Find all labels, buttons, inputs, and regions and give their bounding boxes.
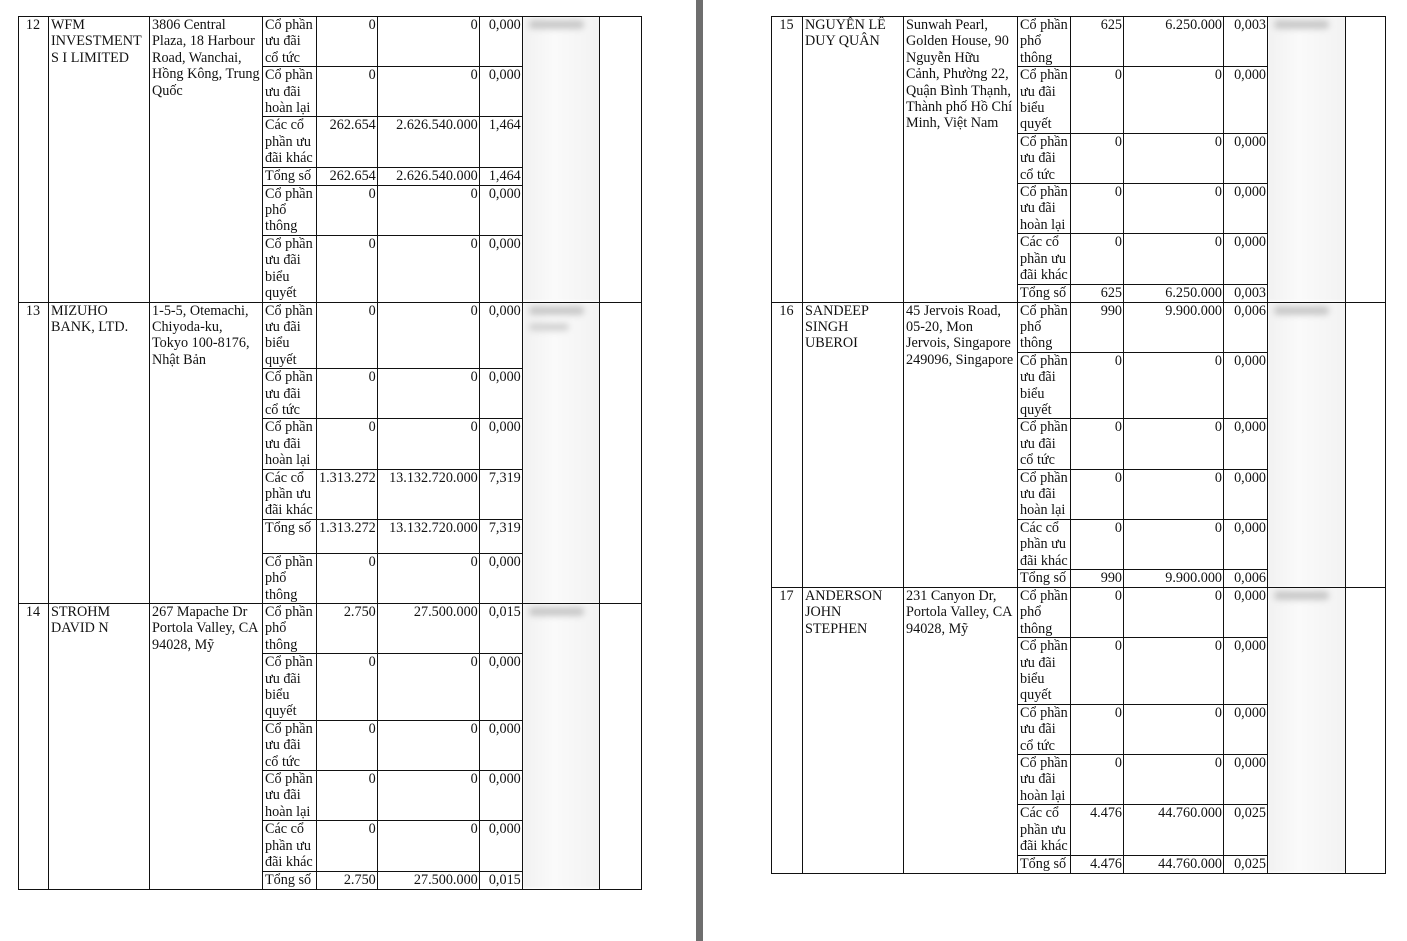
shareholder-name: WFM INVESTMENT S I LIMITED	[49, 17, 150, 303]
redaction-blur-line	[1274, 591, 1329, 600]
share-percentage: 0,000	[479, 17, 522, 67]
share-percentage: 0,006	[1224, 302, 1268, 352]
share-type: Cổ phần ưu đãi hoàn lại	[263, 67, 317, 117]
share-type: Các cổ phần ưu đãi khác	[263, 117, 317, 167]
shareholder-address: 3806 Central Plaza, 18 Harbour Road, Wan…	[150, 17, 263, 303]
share-percentage: 0,000	[479, 771, 522, 821]
table-row: 13MIZUHO BANK, LTD.1-5-5, Otemachi, Chiy…	[19, 302, 642, 369]
redaction-blur-line	[1274, 20, 1329, 29]
share-quantity: 262.654	[317, 117, 378, 167]
share-type: Cổ phần ưu đãi cổ tức	[263, 17, 317, 67]
share-type: Các cổ phần ưu đãi khác	[263, 469, 317, 519]
share-quantity: 0	[1071, 67, 1124, 134]
share-percentage: 0,000	[1224, 67, 1268, 134]
share-value: 0	[377, 185, 479, 235]
table-row: 16SANDEEP SINGH UBEROI45 Jervois Road, 0…	[772, 302, 1386, 352]
share-value: 9.900.000	[1124, 302, 1224, 352]
share-type: Cổ phần phổ thông	[1018, 302, 1071, 352]
share-type: Cổ phần phổ thông	[263, 604, 317, 654]
share-percentage: 0,000	[1224, 352, 1268, 419]
shareholder-name: MIZUHO BANK, LTD.	[49, 302, 150, 604]
share-percentage: 1,464	[479, 117, 522, 167]
shareholder-name: NGUYỄN LÊ DUY QUÂN	[803, 17, 904, 303]
share-value: 27.500.000	[377, 604, 479, 654]
share-quantity: 0	[1071, 755, 1124, 805]
share-type: Cổ phần ưu đãi hoàn lại	[1018, 755, 1071, 805]
share-value: 0	[1124, 704, 1224, 754]
share-percentage: 0,025	[1224, 805, 1268, 855]
shareholder-table: 12WFM INVESTMENT S I LIMITED3806 Central…	[18, 16, 642, 890]
share-type: Cổ phần phổ thông	[1018, 17, 1071, 67]
shareholder-table: 15NGUYỄN LÊ DUY QUÂNSunwah Pearl, Golden…	[771, 16, 1386, 874]
share-value: 0	[377, 67, 479, 117]
share-quantity: 2.750	[317, 604, 378, 654]
share-quantity: 0	[317, 419, 378, 469]
redaction-blur	[1268, 588, 1346, 872]
share-value: 9.900.000	[1124, 570, 1224, 588]
share-type: Cổ phần ưu đãi cổ tức	[1018, 419, 1071, 469]
share-type: Tổng số	[263, 519, 317, 553]
share-percentage: 0,003	[1224, 284, 1268, 302]
share-percentage: 0,015	[479, 871, 522, 889]
share-quantity: 0	[1071, 352, 1124, 419]
shareholder-address: 267 Mapache Dr Portola Valley, CA 94028,…	[150, 604, 263, 890]
share-type: Cổ phần ưu đãi biểu quyết	[1018, 352, 1071, 419]
share-value: 2.626.540.000	[377, 167, 479, 185]
share-value: 0	[1124, 419, 1224, 469]
share-quantity: 0	[317, 235, 378, 302]
share-quantity: 4.476	[1071, 855, 1124, 873]
share-type: Tổng số	[1018, 570, 1071, 588]
document-page-left: 12WFM INVESTMENT S I LIMITED3806 Central…	[18, 16, 642, 890]
share-percentage: 0,000	[479, 654, 522, 721]
table-row: 17ANDERSON JOHN STEPHEN231 Canyon Dr, Po…	[772, 588, 1386, 638]
share-percentage: 0,000	[1224, 419, 1268, 469]
share-type: Tổng số	[1018, 855, 1071, 873]
share-percentage: 0,000	[1224, 638, 1268, 705]
redaction-blur	[523, 17, 600, 301]
share-percentage: 0,000	[479, 720, 522, 770]
share-value: 0	[1124, 133, 1224, 183]
share-type: Cổ phần ưu đãi cổ tức	[1018, 133, 1071, 183]
share-value: 0	[1124, 352, 1224, 419]
share-type: Các cổ phần ưu đãi khác	[1018, 805, 1071, 855]
share-percentage: 0,000	[479, 419, 522, 469]
shareholder-number: 16	[772, 302, 803, 588]
share-type: Cổ phần ưu đãi biểu quyết	[263, 235, 317, 302]
share-quantity: 0	[317, 654, 378, 721]
share-type: Cổ phần ưu đãi biểu quyết	[263, 654, 317, 721]
share-percentage: 0,000	[1224, 133, 1268, 183]
share-type: Cổ phần ưu đãi cổ tức	[1018, 704, 1071, 754]
share-quantity: 0	[317, 553, 378, 603]
share-percentage: 0,000	[1224, 519, 1268, 569]
share-quantity: 2.750	[317, 871, 378, 889]
page-divider	[696, 0, 703, 941]
share-percentage: 0,015	[479, 604, 522, 654]
share-type: Tổng số	[1018, 284, 1071, 302]
empty-cell	[1346, 588, 1386, 874]
redacted-cell	[1268, 17, 1346, 303]
share-value: 0	[1124, 469, 1224, 519]
shareholder-address: 45 Jervois Road, 05-20, Mon Jervois, Sin…	[904, 302, 1018, 588]
share-percentage: 0,006	[1224, 570, 1268, 588]
share-value: 0	[1124, 67, 1224, 134]
share-percentage: 0,000	[1224, 755, 1268, 805]
share-percentage: 0,000	[479, 235, 522, 302]
share-percentage: 0,000	[1224, 704, 1268, 754]
redacted-cell	[1268, 302, 1346, 588]
share-value: 0	[1124, 234, 1224, 284]
share-quantity: 0	[1071, 588, 1124, 638]
share-value: 0	[377, 771, 479, 821]
share-quantity: 0	[317, 302, 378, 369]
share-value: 0	[1124, 755, 1224, 805]
share-type: Tổng số	[263, 871, 317, 889]
shareholder-name: SANDEEP SINGH UBEROI	[803, 302, 904, 588]
share-value: 0	[377, 821, 479, 871]
empty-cell	[1346, 302, 1386, 588]
shareholder-number: 13	[19, 302, 49, 604]
shareholder-name: STROHM DAVID N	[49, 604, 150, 890]
share-value: 0	[377, 302, 479, 369]
shareholder-address: 231 Canyon Dr, Portola Valley, CA 94028,…	[904, 588, 1018, 874]
share-type: Cổ phần phổ thông	[263, 553, 317, 603]
share-type: Cổ phần ưu đãi cổ tức	[263, 369, 317, 419]
share-percentage: 0,000	[479, 553, 522, 603]
shareholder-name: ANDERSON JOHN STEPHEN	[803, 588, 904, 874]
share-quantity: 0	[1071, 234, 1124, 284]
redacted-cell	[522, 604, 599, 890]
share-type: Cổ phần phổ thông	[263, 185, 317, 235]
share-type: Cổ phần ưu đãi cổ tức	[263, 720, 317, 770]
table-row: 14STROHM DAVID N267 Mapache Dr Portola V…	[19, 604, 642, 654]
share-quantity: 0	[1071, 469, 1124, 519]
share-percentage: 0,025	[1224, 855, 1268, 873]
share-percentage: 0,000	[1224, 588, 1268, 638]
shareholder-number: 14	[19, 604, 49, 890]
redaction-blur	[523, 303, 600, 603]
redaction-blur	[1268, 303, 1346, 587]
share-value: 27.500.000	[377, 871, 479, 889]
share-quantity: 1.313.272	[317, 469, 378, 519]
share-quantity: 1.313.272	[317, 519, 378, 553]
share-quantity: 0	[317, 720, 378, 770]
empty-cell	[1346, 17, 1386, 303]
share-quantity: 4.476	[1071, 805, 1124, 855]
share-quantity: 990	[1071, 302, 1124, 352]
share-quantity: 0	[317, 369, 378, 419]
share-quantity: 0	[1071, 184, 1124, 234]
shareholder-number: 15	[772, 17, 803, 303]
share-value: 0	[377, 553, 479, 603]
share-value: 0	[377, 235, 479, 302]
shareholder-address: 1-5-5, Otemachi, Chiyoda-ku, Tokyo 100-8…	[150, 302, 263, 604]
share-type: Cổ phần ưu đãi hoàn lại	[263, 419, 317, 469]
redaction-blur-line	[529, 20, 584, 29]
share-percentage: 0,003	[1224, 17, 1268, 67]
redacted-cell	[522, 302, 599, 604]
share-percentage: 0,000	[479, 302, 522, 369]
share-quantity: 0	[317, 821, 378, 871]
share-value: 0	[1124, 588, 1224, 638]
share-quantity: 0	[1071, 133, 1124, 183]
share-percentage: 7,319	[479, 519, 522, 553]
document-page-right: 15NGUYỄN LÊ DUY QUÂNSunwah Pearl, Golden…	[771, 16, 1386, 874]
share-value: 6.250.000	[1124, 284, 1224, 302]
share-percentage: 0,000	[479, 369, 522, 419]
redaction-blur-line	[529, 607, 584, 616]
share-value: 44.760.000	[1124, 805, 1224, 855]
share-type: Cổ phần ưu đãi biểu quyết	[1018, 67, 1071, 134]
share-value: 13.132.720.000	[377, 469, 479, 519]
share-percentage: 0,000	[1224, 234, 1268, 284]
share-quantity: 990	[1071, 570, 1124, 588]
share-quantity: 0	[317, 185, 378, 235]
share-quantity: 0	[1071, 638, 1124, 705]
share-value: 0	[377, 17, 479, 67]
share-value: 0	[1124, 638, 1224, 705]
share-type: Cổ phần ưu đãi hoàn lại	[263, 771, 317, 821]
empty-cell	[599, 17, 641, 303]
share-quantity: 0	[1071, 704, 1124, 754]
table-row: 15NGUYỄN LÊ DUY QUÂNSunwah Pearl, Golden…	[772, 17, 1386, 67]
share-quantity: 0	[1071, 519, 1124, 569]
share-quantity: 262.654	[317, 167, 378, 185]
share-type: Tổng số	[263, 167, 317, 185]
redaction-blur-line	[1274, 306, 1329, 315]
share-type: Cổ phần ưu đãi hoàn lại	[1018, 469, 1071, 519]
share-percentage: 0,000	[479, 821, 522, 871]
share-value: 0	[377, 654, 479, 721]
share-quantity: 0	[317, 17, 378, 67]
share-type: Các cổ phần ưu đãi khác	[263, 821, 317, 871]
share-value: 13.132.720.000	[377, 519, 479, 553]
empty-cell	[599, 302, 641, 604]
share-quantity: 625	[1071, 17, 1124, 67]
shareholder-address: Sunwah Pearl, Golden House, 90 Nguyễn Hữ…	[904, 17, 1018, 303]
redaction-blur	[523, 604, 600, 888]
share-type: Cổ phần phổ thông	[1018, 588, 1071, 638]
share-percentage: 7,319	[479, 469, 522, 519]
share-value: 6.250.000	[1124, 17, 1224, 67]
share-value: 0	[1124, 184, 1224, 234]
share-percentage: 0,000	[479, 67, 522, 117]
share-percentage: 0,000	[1224, 184, 1268, 234]
redaction-blur-line	[529, 306, 584, 315]
redaction-blur-line	[529, 323, 569, 331]
share-percentage: 0,000	[479, 185, 522, 235]
table-row: 12WFM INVESTMENT S I LIMITED3806 Central…	[19, 17, 642, 67]
share-type: Cổ phần ưu đãi hoàn lại	[1018, 184, 1071, 234]
share-quantity: 625	[1071, 284, 1124, 302]
redaction-blur	[1268, 17, 1346, 301]
redacted-cell	[1268, 588, 1346, 874]
share-value: 0	[377, 369, 479, 419]
share-percentage: 1,464	[479, 167, 522, 185]
share-type: Cổ phần ưu đãi biểu quyết	[1018, 638, 1071, 705]
share-value: 0	[1124, 519, 1224, 569]
shareholder-number: 12	[19, 17, 49, 303]
redacted-cell	[522, 17, 599, 303]
share-quantity: 0	[1071, 419, 1124, 469]
share-type: Các cổ phần ưu đãi khác	[1018, 519, 1071, 569]
share-type: Cổ phần ưu đãi biểu quyết	[263, 302, 317, 369]
shareholder-number: 17	[772, 588, 803, 874]
share-type: Các cổ phần ưu đãi khác	[1018, 234, 1071, 284]
share-value: 2.626.540.000	[377, 117, 479, 167]
share-percentage: 0,000	[1224, 469, 1268, 519]
share-value: 44.760.000	[1124, 855, 1224, 873]
share-value: 0	[377, 720, 479, 770]
share-quantity: 0	[317, 67, 378, 117]
share-value: 0	[377, 419, 479, 469]
empty-cell	[599, 604, 641, 890]
share-quantity: 0	[317, 771, 378, 821]
